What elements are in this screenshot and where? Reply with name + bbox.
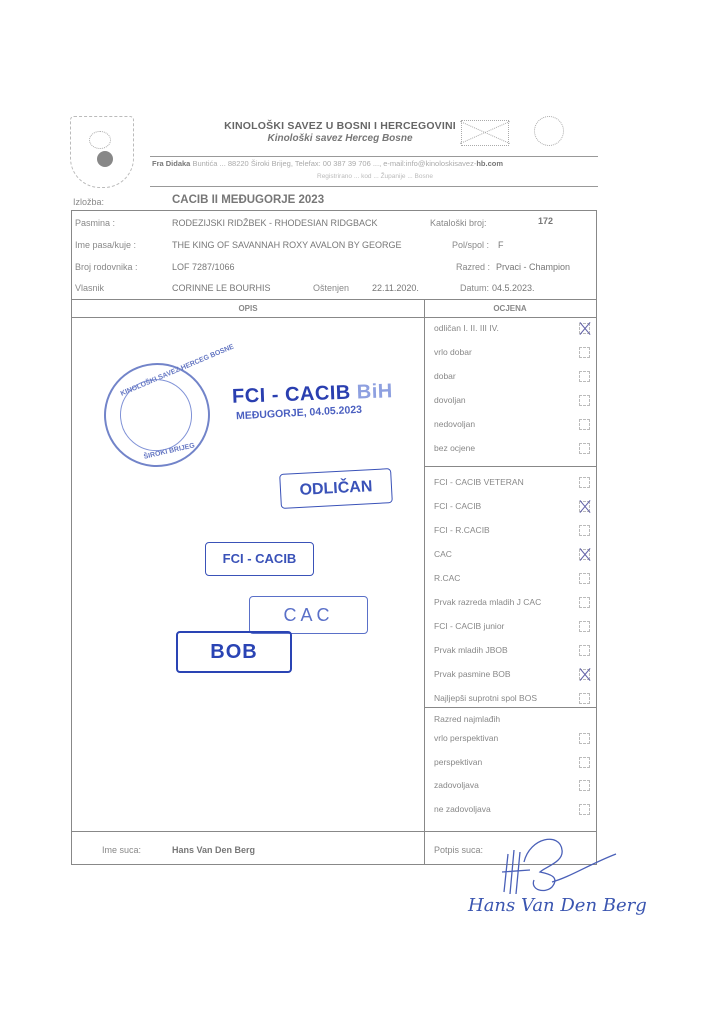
grade-column-header: OCJENA <box>424 304 596 313</box>
date-label: Datum: <box>460 283 489 293</box>
checkbox[interactable] <box>579 693 590 704</box>
evaluation-form: Pasmina : RODEZIJSKI RIDŽBEK - RHODESIAN… <box>71 210 597 865</box>
grade-item: dobar <box>434 371 594 387</box>
checkbox[interactable] <box>579 347 590 358</box>
grade-label: dovoljan <box>434 395 466 405</box>
dog-name-value: THE KING OF SAVANNAH ROXY AVALON BY GEOR… <box>172 240 402 250</box>
header-divider <box>150 156 598 157</box>
cacib-stamp: FCI - CACIB <box>205 542 314 576</box>
judge-printed-name: Hans Van Den Berg <box>468 895 647 916</box>
checked-checkbox[interactable] <box>579 669 590 680</box>
title-label: Najljepši suprotni spol BOS <box>434 693 537 703</box>
pedigree-label: Broj rodovnika : <box>75 262 138 272</box>
checkbox[interactable] <box>579 525 590 536</box>
title-label: Prvak mladih JBOB <box>434 645 508 655</box>
show-name: CACIB II MEĐUGORJE 2023 <box>172 194 324 206</box>
signature-label: Potpis suca: <box>434 845 483 855</box>
title-item: FCI - CACIB VETERAN <box>434 477 594 493</box>
puppy-class-heading: Razred najmlađih <box>434 714 594 730</box>
title-label: FCI - CACIB <box>434 501 481 511</box>
checkbox[interactable] <box>579 757 590 768</box>
divider <box>424 466 596 467</box>
divider <box>72 317 596 318</box>
logo-dog-icon <box>89 131 111 149</box>
title-label: FCI - CACIB junior <box>434 621 504 631</box>
description-column-header: OPIS <box>72 304 424 313</box>
column-divider <box>424 299 425 864</box>
grade-stamp: ODLIČAN <box>279 468 393 509</box>
divider <box>424 707 596 708</box>
checked-checkbox[interactable] <box>579 501 590 512</box>
kshb-round-logo-icon <box>534 116 564 146</box>
header-divider <box>150 186 598 187</box>
puppy-grade-item: perspektivan <box>434 757 594 773</box>
title-item: FCI - R.CACIB <box>434 525 594 541</box>
grade-label: vrlo dobar <box>434 347 472 357</box>
grade-item: bez ocjene <box>434 443 594 459</box>
born-label: Oštenjen <box>313 283 349 293</box>
checkbox[interactable] <box>579 804 590 815</box>
puppy-grade-item: zadovoljava <box>434 780 594 796</box>
kshb-shield-logo <box>70 116 134 188</box>
puppy-grade-label: ne zadovoljava <box>434 804 491 814</box>
puppy-grade-label: perspektivan <box>434 757 482 767</box>
puppy-grade-label: zadovoljava <box>434 780 479 790</box>
checkbox[interactable] <box>579 395 590 406</box>
checked-checkbox[interactable] <box>579 323 590 334</box>
grade-item: odličan I. II. III IV. <box>434 323 594 339</box>
grade-label: odličan I. II. III IV. <box>434 323 499 333</box>
checked-checkbox[interactable] <box>579 549 590 560</box>
breed-label: Pasmina : <box>75 218 115 228</box>
catalog-number: 172 <box>538 216 553 226</box>
show-label: Izložba: <box>73 197 104 207</box>
title-label: CAC <box>434 549 452 559</box>
class-value: Prvaci - Champion <box>496 262 570 272</box>
checkbox[interactable] <box>579 477 590 488</box>
grade-item: dovoljan <box>434 395 594 411</box>
cac-stamp: CAC <box>249 596 368 634</box>
address-line: Fra Didaka Buntića ... 88220 Široki Brij… <box>152 159 598 168</box>
grade-item: vrlo dobar <box>434 347 594 363</box>
dog-name-label: Ime pasa/kuje : <box>75 240 136 250</box>
puppy-grade-item: ne zadovoljava <box>434 804 594 820</box>
title-label: Prvak razreda mladih J CAC <box>434 597 541 607</box>
checkbox[interactable] <box>579 573 590 584</box>
date-value: 04.5.2023. <box>492 283 535 293</box>
checkbox[interactable] <box>579 733 590 744</box>
divider <box>72 299 596 300</box>
pedigree-value: LOF 7287/1066 <box>172 262 235 272</box>
title-label: Prvak pasmine BOB <box>434 669 511 679</box>
title-label: FCI - CACIB VETERAN <box>434 477 524 487</box>
class-label: Razred : <box>456 262 490 272</box>
checkbox[interactable] <box>579 645 590 656</box>
sex-value: F <box>498 240 504 250</box>
checkbox[interactable] <box>579 621 590 632</box>
checkbox[interactable] <box>579 419 590 430</box>
judge-name: Hans Van Den Berg <box>172 845 255 855</box>
logo-dog-icon <box>97 151 113 167</box>
owner-value: CORINNE LE BOURHIS <box>172 283 271 293</box>
title-label: FCI - R.CACIB <box>434 525 490 535</box>
registration-line: Registrirano ... kod ... Županije ... Bo… <box>152 173 598 180</box>
bob-stamp: BOB <box>176 631 292 673</box>
puppy-grade-label: vrlo perspektivan <box>434 733 498 743</box>
breed-value: RODEZIJSKI RIDŽBEK - RHODESIAN RIDGBACK <box>172 218 378 228</box>
grade-item: nedovoljan <box>434 419 594 435</box>
title-item: Prvak pasmine BOB <box>434 669 594 685</box>
title-label: R.CAC <box>434 573 460 583</box>
owner-label: Vlasnik <box>75 283 104 293</box>
puppy-grade-item: vrlo perspektivan <box>434 733 594 749</box>
title-item: Prvak mladih JBOB <box>434 645 594 661</box>
grade-label: nedovoljan <box>434 419 475 429</box>
title-item: R.CAC <box>434 573 594 589</box>
sex-label: Pol/spol : <box>452 240 489 250</box>
grade-label: bez ocjene <box>434 443 475 453</box>
judge-signature <box>490 832 620 902</box>
catalog-label: Kataloški broj: <box>430 218 487 228</box>
grade-label: dobar <box>434 371 456 381</box>
title-item: FCI - CACIB junior <box>434 621 594 637</box>
title-item: CAC <box>434 549 594 565</box>
checkbox[interactable] <box>579 371 590 382</box>
fci-logo-icon <box>461 120 509 146</box>
title-item: FCI - CACIB <box>434 501 594 517</box>
title-item: Prvak razreda mladih J CAC <box>434 597 594 613</box>
checkbox[interactable] <box>579 443 590 454</box>
checkbox[interactable] <box>579 597 590 608</box>
judge-label: Ime suca: <box>102 845 141 855</box>
checkbox[interactable] <box>579 780 590 791</box>
born-value: 22.11.2020. <box>372 283 419 293</box>
